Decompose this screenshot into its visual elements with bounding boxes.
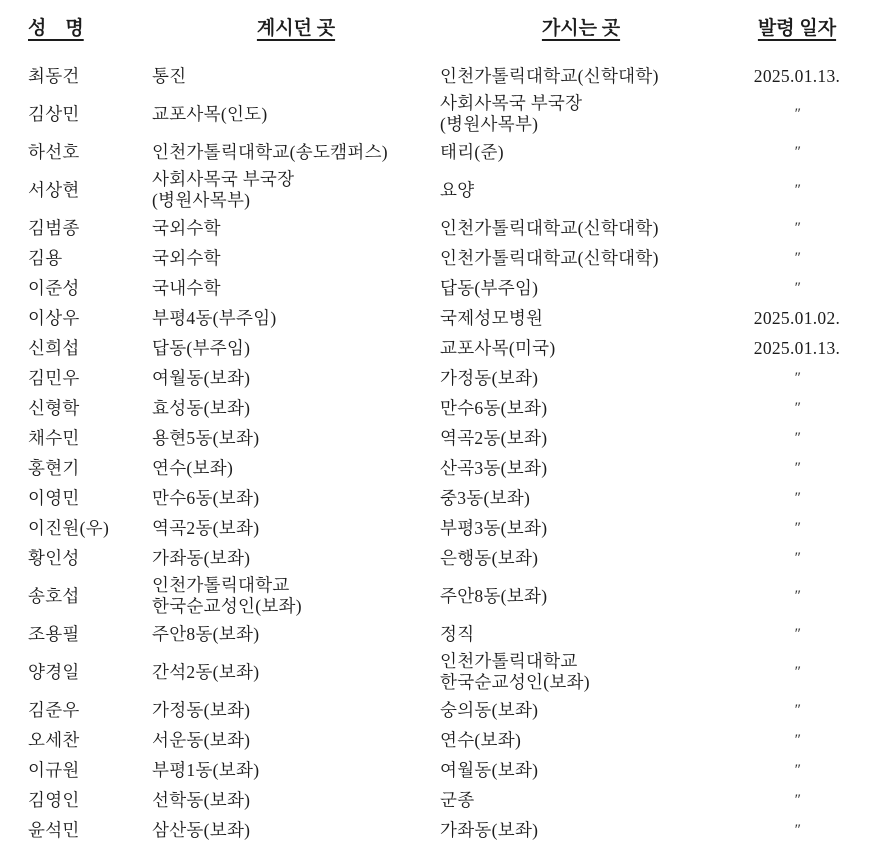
appointment-document: 성 명 계시던 곳 가시는 곳 발령 일자 최동건 통진 인천가톨릭대학교(신학… [0,0,887,850]
cell-name: 김상민 [28,102,152,127]
cell-previous-post: 연수(보좌) [152,456,440,481]
cell-new-post: 인천가톨릭대학교(신학대학) [440,64,722,89]
cell-previous-post: 만수6동(보좌) [152,486,440,511]
cell-new-post: 역곡2동(보좌) [440,426,722,451]
cell-previous-post: 답동(부주임) [152,336,440,361]
cell-new-post: 여월동(보좌) [440,758,722,783]
cell-previous-post: 용현5동(보좌) [152,426,440,451]
cell-new-post: 연수(보좌) [440,728,722,753]
cell-previous-post: 인천가톨릭대학교(송도캠퍼스) [152,140,440,165]
table-row: 윤석민 삼산동(보좌) 가좌동(보좌) ″ [28,815,877,845]
header-appointment-date-label: 발령 일자 [758,18,836,39]
cell-new-post: 숭의동(보좌) [440,698,722,723]
cell-previous-post: 주안8동(보좌) [152,622,440,647]
cell-previous-post: 인천가톨릭대학교 한국순교성인(보좌) [152,573,440,619]
cell-previous-post: 국내수학 [152,276,440,301]
cell-new-post: 가좌동(보좌) [440,818,722,843]
table-row: 조용필 주안8동(보좌) 정직 ″ [28,619,877,649]
cell-name: 김준우 [28,698,152,723]
cell-new-post: 부평3동(보좌) [440,516,722,541]
cell-previous-post: 선학동(보좌) [152,788,440,813]
cell-previous-post: 역곡2동(보좌) [152,516,440,541]
cell-new-post: 중3동(보좌) [440,486,722,511]
cell-appointment-date: ″ [722,178,872,203]
cell-name: 김민우 [28,366,152,391]
cell-new-post: 가정동(보좌) [440,366,722,391]
cell-name: 이준성 [28,276,152,301]
cell-appointment-date: ″ [722,818,872,843]
cell-appointment-date: ″ [722,486,872,511]
header-name: 성 명 [28,13,152,40]
cell-appointment-date: ″ [722,728,872,753]
cell-name: 이영민 [28,486,152,511]
cell-previous-post: 가좌동(보좌) [152,546,440,571]
cell-name: 김용 [28,246,152,271]
cell-appointment-date: ″ [722,698,872,723]
cell-new-post: 요양 [440,178,722,203]
cell-appointment-date: ″ [722,758,872,783]
table-row: 황인성 가좌동(보좌) 은행동(보좌) ″ [28,543,877,573]
cell-new-post: 인천가톨릭대학교 한국순교성인(보좌) [440,649,722,695]
cell-appointment-date: ″ [722,276,872,301]
cell-previous-post: 삼산동(보좌) [152,818,440,843]
cell-appointment-date: ″ [722,140,872,165]
header-new-post: 가시는 곳 [440,13,722,40]
table-row: 김영인 선학동(보좌) 군종 ″ [28,785,877,815]
cell-appointment-date: ″ [722,584,872,609]
cell-appointment-date: ″ [722,788,872,813]
table-row: 최동건 통진 인천가톨릭대학교(신학대학) 2025.01.13. [28,61,877,91]
cell-name: 이규원 [28,758,152,783]
table-row: 김상민 교포사목(인도) 사회사목국 부국장 (병원사목부) ″ [28,91,877,137]
header-appointment-date: 발령 일자 [722,13,872,40]
cell-new-post: 국제성모병원 [440,306,722,331]
table-row: 김준우 가정동(보좌) 숭의동(보좌) ″ [28,695,877,725]
header-previous-post: 계시던 곳 [152,13,440,40]
cell-new-post: 정직 [440,622,722,647]
table-row: 이규원 부평1동(보좌) 여월동(보좌) ″ [28,755,877,785]
cell-previous-post: 부평1동(보좌) [152,758,440,783]
cell-name: 조용필 [28,622,152,647]
cell-name: 윤석민 [28,818,152,843]
cell-new-post: 군종 [440,788,722,813]
cell-appointment-date: ″ [722,426,872,451]
cell-new-post: 교포사목(미국) [440,336,722,361]
cell-name: 이상우 [28,306,152,331]
cell-appointment-date: 2025.01.13. [722,336,872,361]
table-row: 하선호 인천가톨릭대학교(송도캠퍼스) 태리(준) ″ [28,137,877,167]
cell-new-post: 산곡3동(보좌) [440,456,722,481]
cell-new-post: 은행동(보좌) [440,546,722,571]
header-new-post-label: 가시는 곳 [542,18,620,39]
table-row: 신희섭 답동(부주임) 교포사목(미국) 2025.01.13. [28,333,877,363]
cell-previous-post: 간석2동(보좌) [152,660,440,685]
cell-previous-post: 서운동(보좌) [152,728,440,753]
cell-previous-post: 통진 [152,64,440,89]
cell-name: 이진원(우) [28,516,152,541]
table-row: 신형학 효성동(보좌) 만수6동(보좌) ″ [28,393,877,423]
cell-previous-post: 부평4동(부주임) [152,306,440,331]
cell-previous-post: 국외수학 [152,246,440,271]
table-row: 채수민 용현5동(보좌) 역곡2동(보좌) ″ [28,423,877,453]
cell-name: 서상현 [28,178,152,203]
header-name-label: 성 명 [28,18,84,39]
cell-previous-post: 국외수학 [152,216,440,241]
cell-appointment-date: ″ [722,396,872,421]
table-row: 이영민 만수6동(보좌) 중3동(보좌) ″ [28,483,877,513]
cell-name: 양경일 [28,660,152,685]
cell-new-post: 사회사목국 부국장 (병원사목부) [440,91,722,137]
cell-appointment-date: ″ [722,456,872,481]
cell-previous-post: 효성동(보좌) [152,396,440,421]
cell-appointment-date: 2025.01.02. [722,306,872,331]
cell-new-post: 인천가톨릭대학교(신학대학) [440,216,722,241]
cell-previous-post: 여월동(보좌) [152,366,440,391]
cell-new-post: 답동(부주임) [440,276,722,301]
table-row: 이준성 국내수학 답동(부주임) ″ [28,273,877,303]
cell-appointment-date: ″ [722,216,872,241]
table-row: 송호섭 인천가톨릭대학교 한국순교성인(보좌) 주안8동(보좌) ″ [28,573,877,619]
cell-appointment-date: ″ [722,622,872,647]
cell-previous-post: 가정동(보좌) [152,698,440,723]
cell-appointment-date: ″ [722,660,872,685]
table-row: 양경일 간석2동(보좌) 인천가톨릭대학교 한국순교성인(보좌) ″ [28,649,877,695]
cell-new-post: 만수6동(보좌) [440,396,722,421]
cell-appointment-date: ″ [722,516,872,541]
cell-appointment-date: ″ [722,102,872,127]
cell-name: 최동건 [28,64,152,89]
cell-new-post: 태리(준) [440,140,722,165]
cell-new-post: 인천가톨릭대학교(신학대학) [440,246,722,271]
cell-appointment-date: ″ [722,246,872,271]
table-row: 서상현 사회사목국 부국장 (병원사목부) 요양 ″ [28,167,877,213]
table-body: 최동건 통진 인천가톨릭대학교(신학대학) 2025.01.13. 김상민 교포… [28,61,877,845]
cell-previous-post: 교포사목(인도) [152,102,440,127]
cell-name: 송호섭 [28,584,152,609]
table-header-row: 성 명 계시던 곳 가시는 곳 발령 일자 [28,13,877,40]
cell-appointment-date: 2025.01.13. [722,64,872,89]
table-row: 김민우 여월동(보좌) 가정동(보좌) ″ [28,363,877,393]
table-row: 이상우 부평4동(부주임) 국제성모병원 2025.01.02. [28,303,877,333]
table-row: 홍현기 연수(보좌) 산곡3동(보좌) ″ [28,453,877,483]
cell-appointment-date: ″ [722,366,872,391]
table-row: 김용 국외수학 인천가톨릭대학교(신학대학) ″ [28,243,877,273]
cell-name: 김영인 [28,788,152,813]
cell-new-post: 주안8동(보좌) [440,584,722,609]
cell-name: 김범종 [28,216,152,241]
cell-name: 홍현기 [28,456,152,481]
cell-name: 황인성 [28,546,152,571]
cell-name: 하선호 [28,140,152,165]
cell-name: 신희섭 [28,336,152,361]
table-row: 김범종 국외수학 인천가톨릭대학교(신학대학) ″ [28,213,877,243]
header-previous-post-label: 계시던 곳 [257,18,335,39]
cell-name: 오세찬 [28,728,152,753]
cell-name: 신형학 [28,396,152,421]
table-row: 오세찬 서운동(보좌) 연수(보좌) ″ [28,725,877,755]
cell-name: 채수민 [28,426,152,451]
cell-appointment-date: ″ [722,546,872,571]
table-row: 이진원(우) 역곡2동(보좌) 부평3동(보좌) ″ [28,513,877,543]
cell-previous-post: 사회사목국 부국장 (병원사목부) [152,167,440,213]
